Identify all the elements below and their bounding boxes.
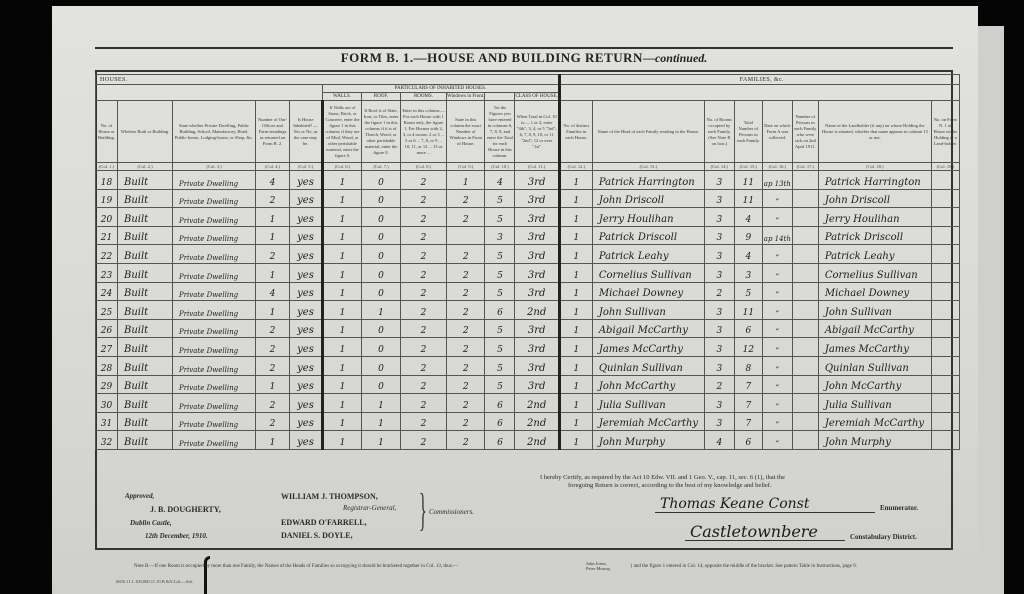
cell-persons: 4	[734, 208, 762, 227]
cell-roof: 0	[362, 263, 401, 282]
cell-sick	[792, 301, 818, 320]
col-num-13: (Col. 13.)	[592, 163, 704, 171]
cell-persons: 11	[734, 301, 762, 320]
cell-type: Private Dwelling	[173, 208, 256, 227]
cell-landholder: Patrick Harrington	[818, 171, 931, 190]
cell-built: Built	[118, 394, 173, 413]
cell-roof: 0	[362, 338, 401, 357]
cell-class: 2nd	[515, 394, 559, 413]
table-row: 22BuiltPrivate Dwelling2yes102253rd1Patr…	[96, 245, 960, 264]
cell-rooms: 2	[401, 375, 447, 394]
cell-rooms: 2	[401, 245, 447, 264]
cell-outoffices: 1	[256, 263, 290, 282]
cell-built: Built	[118, 301, 173, 320]
cell-walls: 1	[323, 263, 362, 282]
cell-roof: 0	[362, 208, 401, 227]
cell-walls: 1	[323, 301, 362, 320]
cell-total: 5	[485, 282, 515, 301]
cell-head: Michael Downey	[592, 282, 704, 301]
cell-landholder: Patrick Leahy	[818, 245, 931, 264]
cell-outoffices: 2	[256, 338, 290, 357]
cell-holding-no	[931, 301, 959, 320]
group-header-houses: HOUSES.	[96, 75, 560, 85]
cell-outoffices: 2	[256, 245, 290, 264]
cell-type: Private Dwelling	[173, 375, 256, 394]
col-num-12: (Col. 12.)	[559, 163, 592, 171]
cell-date: ”	[762, 263, 792, 282]
table-row: 24BuiltPrivate Dwelling4yes102253rd1Mich…	[96, 282, 960, 301]
cell-class: 3rd	[515, 319, 559, 338]
group-header-families: FAMILIES, &c.	[559, 75, 959, 85]
cell-inhabited: yes	[290, 338, 323, 357]
cell-roof: 1	[362, 394, 401, 413]
form-footer: Approved, J. B. DOUGHERTY, Dublin Castle…	[95, 474, 953, 550]
cell-sick	[792, 319, 818, 338]
cell-rooms: 2	[401, 356, 447, 375]
cell-built: Built	[118, 375, 173, 394]
cell-inhabited: yes	[290, 356, 323, 375]
cell-inhabited: yes	[290, 301, 323, 320]
cell-class: 3rd	[515, 338, 559, 357]
cell-families: 1	[559, 412, 592, 431]
cell-roof: 1	[362, 431, 401, 450]
cell-holding-no	[931, 319, 959, 338]
cell-rooms: 2	[401, 282, 447, 301]
col-num-10: (Col. 10.)	[485, 163, 515, 171]
cell-roof: 1	[362, 412, 401, 431]
cell-landholder: John Murphy	[818, 431, 931, 450]
cell-built: Built	[118, 356, 173, 375]
certify-line-1: I hereby Certify, as required by the Act…	[540, 474, 960, 482]
cell-roof: 0	[362, 282, 401, 301]
cell-head: Quinlan Sullivan	[592, 356, 704, 375]
cell-room-count: 3	[704, 356, 734, 375]
cell-head: Abigail McCarthy	[592, 319, 704, 338]
print-code: 6656.11.1.100,000.11.10.B.&N.Ltd.—Sch.	[116, 579, 194, 584]
cell-type: Private Dwelling	[173, 189, 256, 208]
cell-walls: 1	[323, 375, 362, 394]
col-num-11: (Col. 11.)	[515, 163, 559, 171]
cell-persons: 12	[734, 338, 762, 357]
cell-room-count: 3	[704, 301, 734, 320]
cell-holding-no	[931, 189, 959, 208]
cell-no: 29	[96, 375, 118, 394]
cell-rooms: 2	[401, 319, 447, 338]
table-row: 21BuiltPrivate Dwelling1yes10233rd1Patri…	[96, 226, 960, 245]
commissioner-2: EDWARD O'FARRELL,	[281, 518, 367, 527]
cell-holding-no	[931, 375, 959, 394]
cell-class: 3rd	[515, 282, 559, 301]
cell-class: 2nd	[515, 431, 559, 450]
cell-families: 1	[559, 245, 592, 264]
note-b: Note B.—If one Room is occupied by more …	[134, 564, 458, 569]
commissioner-1-title: Registrar-General,	[343, 504, 396, 512]
cell-room-count: 3	[704, 338, 734, 357]
cell-inhabited: yes	[290, 263, 323, 282]
cell-walls: 1	[323, 412, 362, 431]
cell-rooms: 2	[401, 412, 447, 431]
table-row: 32BuiltPrivate Dwelling1yes112262nd1John…	[96, 431, 960, 450]
col-num-2: (Col. 2.)	[118, 163, 173, 171]
enumerator-signature-line	[655, 512, 875, 513]
cell-head: John Murphy	[592, 431, 704, 450]
table-row: 29BuiltPrivate Dwelling1yes102253rd1John…	[96, 375, 960, 394]
cell-windows: 2	[447, 319, 485, 338]
cell-room-count: 3	[704, 208, 734, 227]
cell-head: James McCarthy	[592, 338, 704, 357]
cell-built: Built	[118, 171, 173, 190]
cell-type: Private Dwelling	[173, 301, 256, 320]
cell-windows: 2	[447, 431, 485, 450]
cell-roof: 0	[362, 356, 401, 375]
cell-outoffices: 4	[256, 282, 290, 301]
cell-total: 5	[485, 338, 515, 357]
cell-built: Built	[118, 226, 173, 245]
subheader-walls: WALLS.	[323, 93, 362, 101]
cell-class: 3rd	[515, 375, 559, 394]
cell-outoffices: 2	[256, 412, 290, 431]
cell-windows: 2	[447, 412, 485, 431]
cell-windows: 2	[447, 356, 485, 375]
cell-date: ”	[762, 208, 792, 227]
cell-windows: 2	[447, 338, 485, 357]
cell-total: 3	[485, 226, 515, 245]
cell-rooms: 2	[401, 431, 447, 450]
cell-sick	[792, 208, 818, 227]
cell-holding-no	[931, 431, 959, 450]
cell-families: 1	[559, 226, 592, 245]
cell-total: 6	[485, 431, 515, 450]
cell-windows: 1	[447, 171, 485, 190]
cell-type: Private Dwelling	[173, 282, 256, 301]
certify-line-2: foregoing Return is correct, according t…	[540, 482, 960, 490]
cell-type: Private Dwelling	[173, 431, 256, 450]
col-head-14: No. of Rooms occupied by each Family. (S…	[704, 101, 734, 163]
enumerator-signature: Thomas Keane Const	[660, 496, 809, 512]
cell-class: 3rd	[515, 171, 559, 190]
cell-walls: 1	[323, 394, 362, 413]
cell-walls: 1	[323, 282, 362, 301]
cell-total: 4	[485, 171, 515, 190]
cell-sick	[792, 431, 818, 450]
cell-walls: 1	[323, 431, 362, 450]
cell-sick	[792, 338, 818, 357]
cell-families: 1	[559, 319, 592, 338]
cell-persons: 11	[734, 189, 762, 208]
table-row: 19BuiltPrivate Dwelling2yes102253rd1John…	[96, 189, 960, 208]
cell-windows: 2	[447, 208, 485, 227]
form-title-main: FORM B. 1.—HOUSE AND BUILDING RETURN	[341, 50, 643, 65]
cell-holding-no	[931, 171, 959, 190]
cell-type: Private Dwelling	[173, 226, 256, 245]
cell-date: ap 14th	[762, 226, 792, 245]
commissioner-3: DANIEL S. DOYLE,	[281, 531, 353, 540]
form-title: FORM B. 1.—HOUSE AND BUILDING RETURN—con…	[95, 47, 953, 69]
cell-room-count: 4	[704, 431, 734, 450]
col-num-5: (Col. 5.)	[290, 163, 323, 171]
cell-head: Patrick Harrington	[592, 171, 704, 190]
approved-date: 12th December, 1910.	[145, 532, 208, 540]
cell-class: 2nd	[515, 301, 559, 320]
cell-inhabited: yes	[290, 282, 323, 301]
cell-holding-no	[931, 338, 959, 357]
note-b-end: } and the figure 1 entered in Col. 14, o…	[630, 564, 857, 569]
cell-rooms: 2	[401, 208, 447, 227]
cell-holding-no	[931, 245, 959, 264]
cell-persons: 6	[734, 319, 762, 338]
table-row: 25BuiltPrivate Dwelling1yes112262nd1John…	[96, 301, 960, 320]
cell-outoffices: 2	[256, 356, 290, 375]
cell-type: Private Dwelling	[173, 338, 256, 357]
cell-holding-no	[931, 263, 959, 282]
cell-persons: 6	[734, 431, 762, 450]
cell-walls: 1	[323, 338, 362, 357]
cell-sick	[792, 282, 818, 301]
cell-walls: 1	[323, 189, 362, 208]
cell-persons: 7	[734, 375, 762, 394]
cell-families: 1	[559, 208, 592, 227]
cell-walls: 1	[323, 245, 362, 264]
column-headers: No. of House or Building. Whether Built …	[96, 101, 960, 163]
col-head-3: State whether Private Dwelling, Public B…	[173, 101, 256, 163]
cell-inhabited: yes	[290, 171, 323, 190]
cell-windows: 2	[447, 282, 485, 301]
cell-outoffices: 1	[256, 208, 290, 227]
cell-date: ap 13th	[762, 171, 792, 190]
cell-date: ”	[762, 431, 792, 450]
cell-families: 1	[559, 171, 592, 190]
cell-class: 3rd	[515, 189, 559, 208]
cell-inhabited: yes	[290, 208, 323, 227]
cell-type: Private Dwelling	[173, 171, 256, 190]
cell-date: ”	[762, 375, 792, 394]
cell-date: ”	[762, 189, 792, 208]
cell-sick	[792, 412, 818, 431]
cell-total: 5	[485, 356, 515, 375]
cell-no: 23	[96, 263, 118, 282]
cell-roof: 0	[362, 319, 401, 338]
cell-walls: 1	[323, 226, 362, 245]
cell-outoffices: 2	[256, 319, 290, 338]
cell-type: Private Dwelling	[173, 394, 256, 413]
col-head-5: Is House Inhabited? — Yes or No, as the …	[290, 101, 323, 163]
cell-inhabited: yes	[290, 226, 323, 245]
approver-place: Dublin Castle,	[130, 519, 172, 527]
col-num-3: (Col. 3.)	[173, 163, 256, 171]
cell-date: ”	[762, 394, 792, 413]
cell-roof: 0	[362, 226, 401, 245]
cell-built: Built	[118, 189, 173, 208]
note-bracket-names: John Jones, Peter Murray,	[586, 561, 611, 571]
cell-built: Built	[118, 319, 173, 338]
cell-inhabited: yes	[290, 245, 323, 264]
cell-persons: 5	[734, 282, 762, 301]
form-title-suffix: —continued.	[643, 51, 707, 65]
cell-landholder: Patrick Driscoll	[818, 226, 931, 245]
cell-persons: 3	[734, 263, 762, 282]
cell-room-count: 3	[704, 263, 734, 282]
subheader-windows: Windows in Front.	[447, 93, 485, 101]
cell-rooms: 2	[401, 171, 447, 190]
col-num-16: (Col. 16.)	[762, 163, 792, 171]
cell-families: 1	[559, 338, 592, 357]
col-head-10: Tot the Figures you have entered in colu…	[485, 101, 515, 163]
cell-families: 1	[559, 263, 592, 282]
cell-total: 5	[485, 208, 515, 227]
cell-head: Patrick Leahy	[592, 245, 704, 264]
cell-head: John Driscoll	[592, 189, 704, 208]
cell-room-count: 3	[704, 412, 734, 431]
cell-total: 5	[485, 263, 515, 282]
cell-class: 3rd	[515, 208, 559, 227]
cell-landholder: James McCarthy	[818, 338, 931, 357]
cell-inhabited: yes	[290, 412, 323, 431]
cell-type: Private Dwelling	[173, 319, 256, 338]
table-row: 26BuiltPrivate Dwelling2yes102253rd1Abig…	[96, 319, 960, 338]
district-label: Constabulary District.	[850, 533, 917, 541]
cell-built: Built	[118, 208, 173, 227]
cell-room-count: 3	[704, 394, 734, 413]
cell-rooms: 2	[401, 189, 447, 208]
cell-total: 5	[485, 319, 515, 338]
certification-text: I hereby Certify, as required by the Act…	[540, 474, 960, 490]
brace-icon: }	[419, 487, 427, 533]
cell-windows: 2	[447, 245, 485, 264]
cell-class: 3rd	[515, 263, 559, 282]
cell-type: Private Dwelling	[173, 263, 256, 282]
cell-persons: 7	[734, 412, 762, 431]
col-head-1: No. of House or Building.	[96, 101, 118, 163]
table-row: 31BuiltPrivate Dwelling2yes112262nd1Jere…	[96, 412, 960, 431]
cell-landholder: Cornelius Sullivan	[818, 263, 931, 282]
cell-head: Jerry Houlihan	[592, 208, 704, 227]
table-row: 18BuiltPrivate Dwelling4yes102143rd1Patr…	[96, 171, 960, 190]
cell-roof: 1	[362, 301, 401, 320]
cell-sick	[792, 245, 818, 264]
col-head-18: Name of the Landholder (if any) on whose…	[818, 101, 931, 163]
col-head-11: When Total in Col. 10 is:— 1 or 2, enter…	[515, 101, 559, 163]
cell-class: 3rd	[515, 226, 559, 245]
cell-rooms: 2	[401, 394, 447, 413]
cell-room-count: 3	[704, 171, 734, 190]
cell-windows	[447, 226, 485, 245]
cell-walls: 1	[323, 171, 362, 190]
cell-sick	[792, 263, 818, 282]
cell-roof: 0	[362, 245, 401, 264]
cell-persons: 7	[734, 394, 762, 413]
cell-landholder: Abigail McCarthy	[818, 319, 931, 338]
cell-outoffices: 2	[256, 189, 290, 208]
approver-name: J. B. DOUGHERTY,	[150, 505, 221, 514]
cell-no: 25	[96, 301, 118, 320]
cell-landholder: John Driscoll	[818, 189, 931, 208]
cell-built: Built	[118, 282, 173, 301]
col-head-7: If Roof is of Slate, Iron, or Tiles, ent…	[362, 101, 401, 163]
cell-class: 3rd	[515, 245, 559, 264]
cell-windows: 2	[447, 394, 485, 413]
cell-holding-no	[931, 282, 959, 301]
cell-type: Private Dwelling	[173, 356, 256, 375]
paper-clip-mark	[204, 556, 210, 594]
col-num-14: (Col. 14.)	[704, 163, 734, 171]
cell-roof: 0	[362, 189, 401, 208]
cell-total: 6	[485, 412, 515, 431]
cell-head: John McCarthy	[592, 375, 704, 394]
cell-outoffices: 1	[256, 431, 290, 450]
cell-roof: 0	[362, 171, 401, 190]
cell-windows: 2	[447, 301, 485, 320]
cell-total: 5	[485, 375, 515, 394]
cell-date: ”	[762, 282, 792, 301]
cell-sick	[792, 189, 818, 208]
col-num-8: (Col. 8.)	[401, 163, 447, 171]
cell-holding-no	[931, 208, 959, 227]
cell-rooms: 2	[401, 301, 447, 320]
col-num-7: (Col. 7.)	[362, 163, 401, 171]
col-num-18: (Col. 18.)	[818, 163, 931, 171]
cell-no: 22	[96, 245, 118, 264]
cell-outoffices: 1	[256, 301, 290, 320]
cell-sick	[792, 394, 818, 413]
cell-outoffices: 1	[256, 375, 290, 394]
cell-room-count: 3	[704, 245, 734, 264]
cell-built: Built	[118, 431, 173, 450]
cell-outoffices: 1	[256, 226, 290, 245]
cell-landholder: Quinlan Sullivan	[818, 356, 931, 375]
commissioner-1: WILLIAM J. THOMPSON,	[281, 492, 378, 501]
cell-date: ”	[762, 338, 792, 357]
cell-class: 2nd	[515, 412, 559, 431]
cell-built: Built	[118, 412, 173, 431]
table-row: 20BuiltPrivate Dwelling1yes102253rd1Jerr…	[96, 208, 960, 227]
cell-families: 1	[559, 431, 592, 450]
cell-rooms: 2	[401, 226, 447, 245]
col-num-9: (Col. 9.)	[447, 163, 485, 171]
cell-persons: 8	[734, 356, 762, 375]
commissioners-label: Commissioners.	[429, 508, 474, 516]
col-head-16: Date on which Form A was collected.	[762, 101, 792, 163]
col-head-13: Name of the Head of each Family residing…	[592, 101, 704, 163]
cell-total: 6	[485, 301, 515, 320]
cell-head: Julia Sullivan	[592, 394, 704, 413]
cell-no: 26	[96, 319, 118, 338]
col-head-9: State in this column the exact Number of…	[447, 101, 485, 163]
col-head-4: Number of Out-Offices and Farm-steadings…	[256, 101, 290, 163]
col-num-6: (Col. 6.)	[323, 163, 362, 171]
cell-walls: 1	[323, 208, 362, 227]
table-row: 27BuiltPrivate Dwelling2yes102253rd1Jame…	[96, 338, 960, 357]
col-head-19: No. on Form N. 1 of House on the Holding…	[931, 101, 959, 163]
cell-walls: 1	[323, 319, 362, 338]
cell-built: Built	[118, 245, 173, 264]
cell-total: 6	[485, 394, 515, 413]
cell-landholder: Jerry Houlihan	[818, 208, 931, 227]
cell-inhabited: yes	[290, 394, 323, 413]
table-row: 30BuiltPrivate Dwelling2yes112262nd1Juli…	[96, 394, 960, 413]
cell-landholder: Julia Sullivan	[818, 394, 931, 413]
cell-holding-no	[931, 412, 959, 431]
cell-head: Jeremiah McCarthy	[592, 412, 704, 431]
cell-room-count: 3	[704, 189, 734, 208]
cell-total: 5	[485, 189, 515, 208]
enumerator-label: Enumerator.	[880, 504, 918, 512]
cell-holding-no	[931, 394, 959, 413]
cell-sick	[792, 226, 818, 245]
cell-landholder: Michael Downey	[818, 282, 931, 301]
cell-date: ”	[762, 412, 792, 431]
cell-no: 20	[96, 208, 118, 227]
cell-room-count: 2	[704, 282, 734, 301]
